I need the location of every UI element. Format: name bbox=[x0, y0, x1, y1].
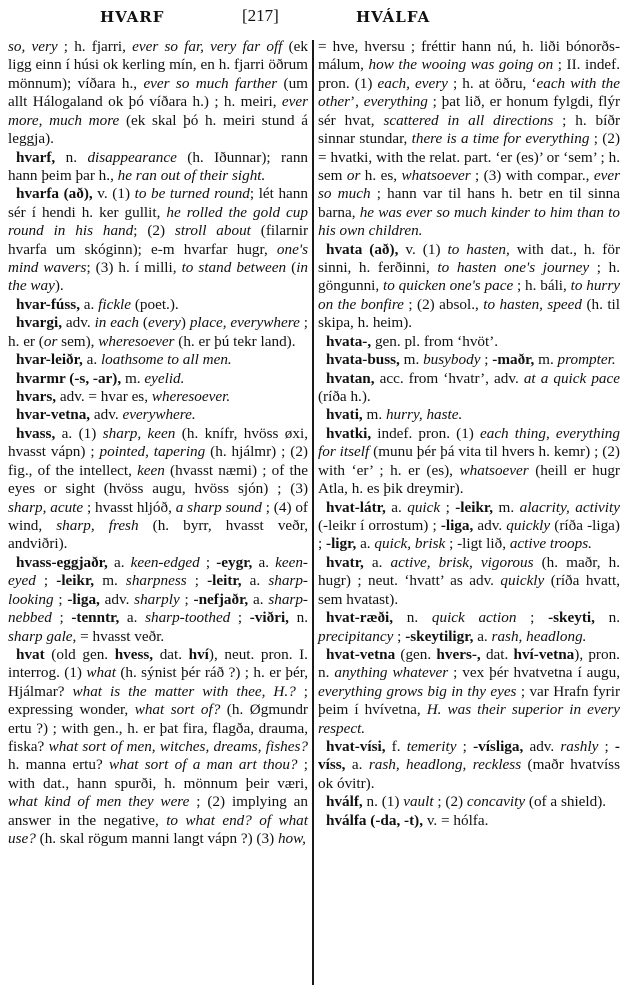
headword: hvass, bbox=[16, 425, 55, 442]
translation: what is the matter with thee, H.? bbox=[72, 683, 295, 700]
headword: hválfa (-da, -t), bbox=[326, 812, 423, 829]
translation: what sort of men, witches, dreams, fishe… bbox=[49, 738, 308, 755]
translation: keen-edged bbox=[131, 554, 200, 571]
translation: to hasten, speed bbox=[483, 296, 582, 313]
headword: hvata (að), bbox=[326, 241, 398, 258]
translation: sharp-toothed bbox=[145, 609, 230, 626]
column-divider bbox=[312, 40, 314, 985]
headword: -leikr, bbox=[455, 499, 493, 516]
dictionary-entry: hvarfa (að), v. (1) to be turned round; … bbox=[8, 185, 308, 296]
dictionary-entry: hvatki, indef. pron. (1) each thing, eve… bbox=[318, 425, 620, 499]
headword: hví bbox=[189, 646, 209, 663]
translation: he was ever so much kinder to him than t… bbox=[318, 204, 620, 239]
headword: hvess, bbox=[115, 646, 153, 663]
headword: -skeytiligr, bbox=[405, 628, 473, 645]
headword: -leitr, bbox=[207, 572, 241, 589]
translation: wheresoever bbox=[98, 333, 174, 350]
headword: hvargi, bbox=[16, 314, 62, 331]
translation: there is a time for everything bbox=[412, 130, 590, 147]
dictionary-entry: hvass, a. (1) sharp, keen (h. knífr, hvö… bbox=[8, 425, 308, 554]
translation: everything grows big in thy eyes bbox=[318, 683, 516, 700]
translation: or bbox=[347, 167, 361, 184]
headword: -leikr, bbox=[56, 572, 94, 589]
translation: everything bbox=[364, 93, 428, 110]
right-guide-word: HVÁLFA bbox=[356, 8, 430, 26]
left-guide-word: HVARF bbox=[100, 8, 164, 26]
translation: to hasten one's journey bbox=[437, 259, 589, 276]
translation: sharp gale bbox=[8, 628, 73, 645]
headword: hvar-vetna, bbox=[16, 406, 90, 423]
translation: in each bbox=[95, 314, 139, 331]
translation: sharp, keen bbox=[103, 425, 176, 442]
translation: H. was their superior in every respect. bbox=[318, 701, 620, 736]
headword: hvat-vísi, bbox=[326, 738, 386, 755]
dictionary-entry: hvati, m. hurry, haste. bbox=[318, 406, 620, 424]
translation: everywhere. bbox=[122, 406, 195, 423]
translation: each, every bbox=[377, 75, 447, 92]
headword: -vísliga, bbox=[473, 738, 523, 755]
translation: pointed, tapering bbox=[100, 443, 206, 460]
page-number: [217] bbox=[242, 6, 279, 26]
headword: -viðri, bbox=[250, 609, 289, 626]
translation: rashly bbox=[560, 738, 598, 755]
translation: a sharp sound bbox=[176, 499, 262, 516]
dictionary-entry: hvarmr (-s, -ar), m. eyelid. bbox=[8, 370, 308, 388]
translation: whatsoever bbox=[401, 167, 470, 184]
headword: -liga, bbox=[67, 591, 99, 608]
headword: -maðr, bbox=[492, 351, 534, 368]
dictionary-entry: hvata-, gen. pl. from ‘hvöt’. bbox=[318, 333, 620, 351]
headword: hví-vetna bbox=[514, 646, 575, 663]
translation: to be turned round bbox=[135, 185, 250, 202]
headword: -eygr, bbox=[216, 554, 252, 571]
dictionary-entry: hvat-látr, a. quick ; -leikr, m. alacrit… bbox=[318, 499, 620, 554]
translation: rash, headlong, reckless bbox=[369, 756, 521, 773]
headword: -skeyti, bbox=[548, 609, 595, 626]
translation: hurry, haste. bbox=[386, 406, 462, 423]
translation: to stand between bbox=[182, 259, 287, 276]
translation: disappearance bbox=[87, 149, 176, 166]
translation: busybody bbox=[423, 351, 480, 368]
headword: hvat-ræði, bbox=[326, 609, 393, 626]
translation: sharply bbox=[134, 591, 180, 608]
translation: to what end? of what use? bbox=[8, 812, 308, 847]
headword: hvar-leiðr, bbox=[16, 351, 83, 368]
dictionary-entry: hvat-vísi, f. temerity ; -vísliga, adv. … bbox=[318, 738, 620, 793]
headword: hvati, bbox=[326, 406, 363, 423]
headword: hvers-, bbox=[436, 646, 480, 663]
headword: hvata-, bbox=[326, 333, 371, 350]
translation: quick bbox=[407, 499, 440, 516]
headword: -liga, bbox=[441, 517, 473, 534]
translation: quick, brisk bbox=[374, 535, 445, 552]
dictionary-entry: hvat (old gen. hvess, dat. hví), neut. p… bbox=[8, 646, 308, 849]
translation: keen bbox=[137, 462, 165, 479]
dictionary-entry: hvar-leiðr, a. loathsome to all men. bbox=[8, 351, 308, 369]
dictionary-entry: hválf, n. (1) vault ; (2) concavity (of … bbox=[318, 793, 620, 811]
translation: at a quick pace bbox=[524, 370, 620, 387]
dictionary-entry: hvatan, acc. from ‘hvatr’, adv. at a qui… bbox=[318, 370, 620, 407]
translation: every bbox=[148, 314, 181, 331]
right-column: = hve, hversu ; fréttir hann nú, h. liði… bbox=[318, 38, 620, 830]
translation: what sort of? bbox=[135, 701, 221, 718]
dictionary-entry: hvar-fúss, a. fickle (poet.). bbox=[8, 296, 308, 314]
translation: active, brisk, vigorous bbox=[391, 554, 534, 571]
dictionary-entry: hvass-eggjaðr, a. keen-edged ; -eygr, a.… bbox=[8, 554, 308, 646]
translation: he rolled the gold cup round in his hand bbox=[8, 204, 308, 239]
headword: hvat-látr, bbox=[326, 499, 386, 516]
translation: he ran out of their sight. bbox=[118, 167, 266, 184]
translation: ever more, much more bbox=[8, 93, 308, 128]
dictionary-entry: hvat-vetna (gen. hvers-, dat. hví-vetna)… bbox=[318, 646, 620, 738]
headword: -ligr, bbox=[326, 535, 356, 552]
headword: hvars, bbox=[16, 388, 56, 405]
headword: hvat-vetna bbox=[326, 646, 395, 663]
headword: hvarf, bbox=[16, 149, 55, 166]
translation: prompter. bbox=[558, 351, 616, 368]
continued-entry: so, very ; h. fjarri, ever so far, very … bbox=[8, 38, 308, 149]
dictionary-entry: hvata (að), v. (1) to hasten, with dat.,… bbox=[318, 241, 620, 333]
translation: active troops. bbox=[510, 535, 592, 552]
translation: anything whatever bbox=[334, 664, 448, 681]
dictionary-entry: hvat-ræði, n. quick action ; -skeyti, n.… bbox=[318, 609, 620, 646]
left-column: so, very ; h. fjarri, ever so far, very … bbox=[8, 38, 308, 849]
translation: loathsome to all men. bbox=[101, 351, 232, 368]
dictionary-entry: hvata-buss, m. busybody ; -maðr, m. prom… bbox=[318, 351, 620, 369]
dictionary-entry: hvatr, a. active, brisk, vigorous (h. ma… bbox=[318, 554, 620, 609]
translation: so, very bbox=[8, 38, 58, 55]
translation: quick action bbox=[432, 609, 517, 626]
translation: what sort of a man art thou? bbox=[109, 756, 298, 773]
translation: what bbox=[86, 664, 116, 681]
translation: quickly bbox=[500, 572, 544, 589]
translation: stroll about bbox=[175, 222, 251, 239]
headword: hvar-fúss, bbox=[16, 296, 80, 313]
dictionary-entry: hvar-vetna, adv. everywhere. bbox=[8, 406, 308, 424]
translation: how the wooing was going on bbox=[369, 56, 554, 73]
translation: concavity bbox=[467, 793, 525, 810]
dictionary-entry: hválfa (-da, -t), v. = hólfa. bbox=[318, 812, 620, 830]
translation: sharp, acute bbox=[8, 499, 83, 516]
translation: precipitancy bbox=[318, 628, 393, 645]
headword: hvass-eggjaðr, bbox=[16, 554, 108, 571]
dictionary-entry: hvargi, adv. in each (every) place, ever… bbox=[8, 314, 308, 351]
translation: eyelid. bbox=[144, 370, 184, 387]
dictionary-entry: hvars, adv. = hvar es, wheresoever. bbox=[8, 388, 308, 406]
translation: ever so much farther bbox=[143, 75, 277, 92]
translation: place, everywhere bbox=[190, 314, 300, 331]
translation: sharpness bbox=[126, 572, 187, 589]
translation: alacrity, activity bbox=[520, 499, 620, 516]
headword: -nefjaðr, bbox=[194, 591, 249, 608]
translation: to hasten bbox=[448, 241, 506, 258]
translation: fickle bbox=[98, 296, 131, 313]
translation: ever so far, very far off bbox=[132, 38, 282, 55]
page-header: HVARF [217] HVÁLFA bbox=[0, 6, 625, 28]
headword: hvarfa (að), bbox=[16, 185, 93, 202]
headword: hválf, bbox=[326, 793, 363, 810]
dictionary-entry: hvarf, n. disappearance (h. Iðunnar); ra… bbox=[8, 149, 308, 186]
translation: or bbox=[44, 333, 58, 350]
headword: hvatki, bbox=[326, 425, 371, 442]
translation: how, bbox=[278, 830, 306, 847]
headword: hvatan, bbox=[326, 370, 375, 387]
translation: temerity bbox=[407, 738, 457, 755]
translation: whatsoever bbox=[460, 462, 529, 479]
translation: to quicken one's pace bbox=[383, 277, 513, 294]
translation: wheresoever. bbox=[152, 388, 230, 405]
translation: what kind of men they were bbox=[8, 793, 189, 810]
continued-entry: = hve, hversu ; fréttir hann nú, h. liði… bbox=[318, 38, 620, 241]
translation: vault bbox=[403, 793, 433, 810]
headword: hvat bbox=[16, 646, 45, 663]
headword: hvatr, bbox=[326, 554, 364, 571]
translation: quickly bbox=[506, 517, 550, 534]
headword: hvata-buss, bbox=[326, 351, 400, 368]
translation: rash, headlong. bbox=[492, 628, 587, 645]
headword: -tenntr, bbox=[71, 609, 119, 626]
translation: sharp, fresh bbox=[56, 517, 138, 534]
headword: hvarmr (-s, -ar), bbox=[16, 370, 121, 387]
translation: scattered in all directions bbox=[383, 112, 553, 129]
